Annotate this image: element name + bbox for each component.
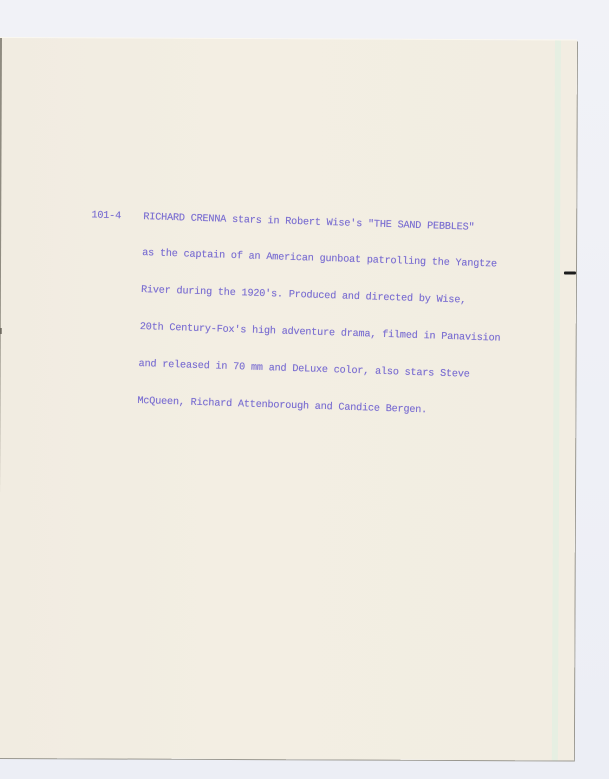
typed-caption: 101-4RICHARD CRENNA stars in Robert Wise… [84,185,532,445]
edge-tick-mark [564,271,576,274]
caption-line: 20th Century-Fox's high adventure drama,… [88,321,528,347]
caption-line: and released in 70 mm and DeLuxe color, … [86,357,526,383]
caption-line: as the captain of an American gunboat pa… [90,247,530,273]
scan-light-streak [552,40,561,760]
caption-line: 101-4RICHARD CRENNA stars in Robert Wise… [91,210,531,236]
caption-line: McQueen, Richard Attenborough and Candic… [85,394,525,420]
left-edge-mark [0,328,2,334]
paper-sheet: 101-4RICHARD CRENNA stars in Robert Wise… [0,38,577,761]
reference-number: 101-4 [91,210,143,224]
caption-line: River during the 1920's. Produced and di… [89,284,529,310]
